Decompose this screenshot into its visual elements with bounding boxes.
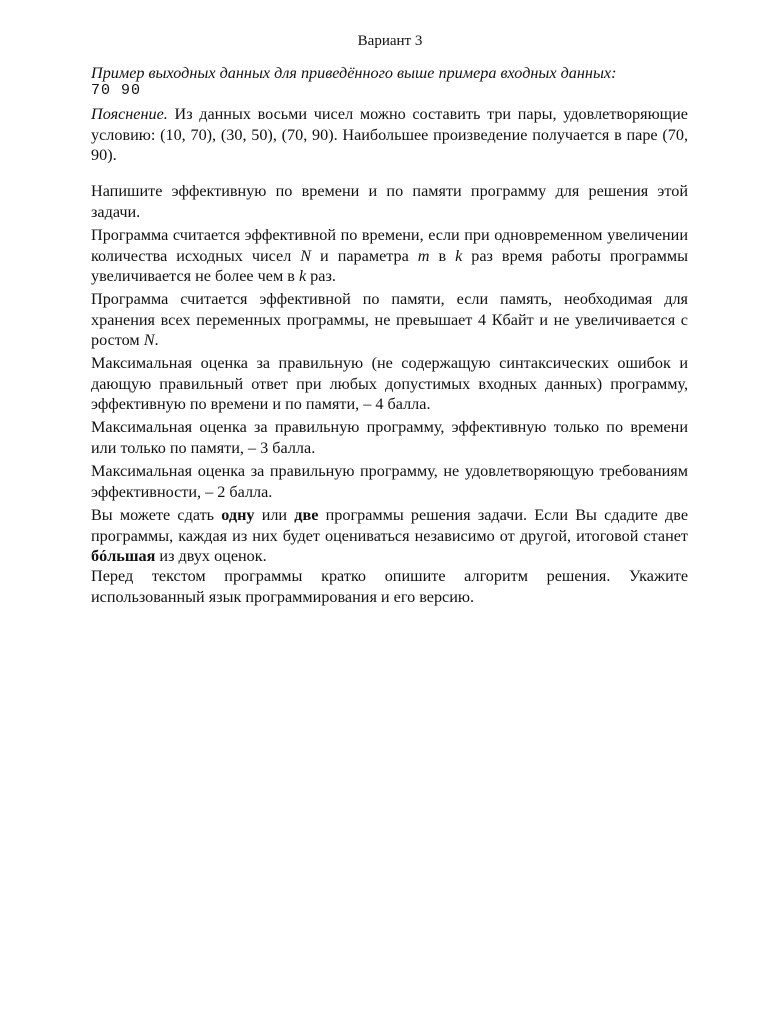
text: или [255, 506, 295, 524]
explanation-label: Пояснение. [91, 105, 168, 123]
score-4-paragraph: Максимальная оценка за правильную (не со… [91, 353, 688, 415]
memory-efficiency-paragraph: Программа считается эффективной по памят… [91, 289, 688, 351]
bold-bigger: бóльшая [91, 547, 155, 565]
text: из двух оценок. [155, 547, 266, 565]
example-label: Пример выходных данных для приведённого … [91, 63, 688, 84]
bold-two: две [294, 506, 318, 524]
time-efficiency-paragraph: Программа считается эффективной по време… [91, 225, 688, 287]
page-header: Вариант 3 [0, 33, 780, 50]
var-m: m [418, 247, 430, 265]
task-paragraph: Напишите эффективную по времени и по пам… [91, 181, 688, 222]
text: в [430, 247, 456, 265]
score-3-paragraph: Максимальная оценка за правильную програ… [91, 417, 688, 458]
explanation-text: Из данных восьми чисел можно составить т… [91, 105, 688, 164]
text: и параметра [311, 247, 418, 265]
text: . [155, 331, 159, 349]
submit-paragraph: Вы можете сдать одну или две программы р… [91, 505, 688, 567]
example-output: 70 90 [91, 82, 141, 99]
explanation-paragraph: Пояснение. Из данных восьми чисел можно … [91, 104, 688, 166]
describe-paragraph: Перед текстом программы кратко опишите а… [91, 566, 688, 607]
var-n: N [300, 247, 311, 265]
score-2-paragraph: Максимальная оценка за правильную програ… [91, 461, 688, 502]
var-n: N [144, 331, 155, 349]
bold-one: одну [221, 506, 254, 524]
text: Программа считается эффективной по памят… [91, 290, 688, 349]
text: раз. [306, 267, 336, 285]
text: Вы можете сдать [91, 506, 221, 524]
